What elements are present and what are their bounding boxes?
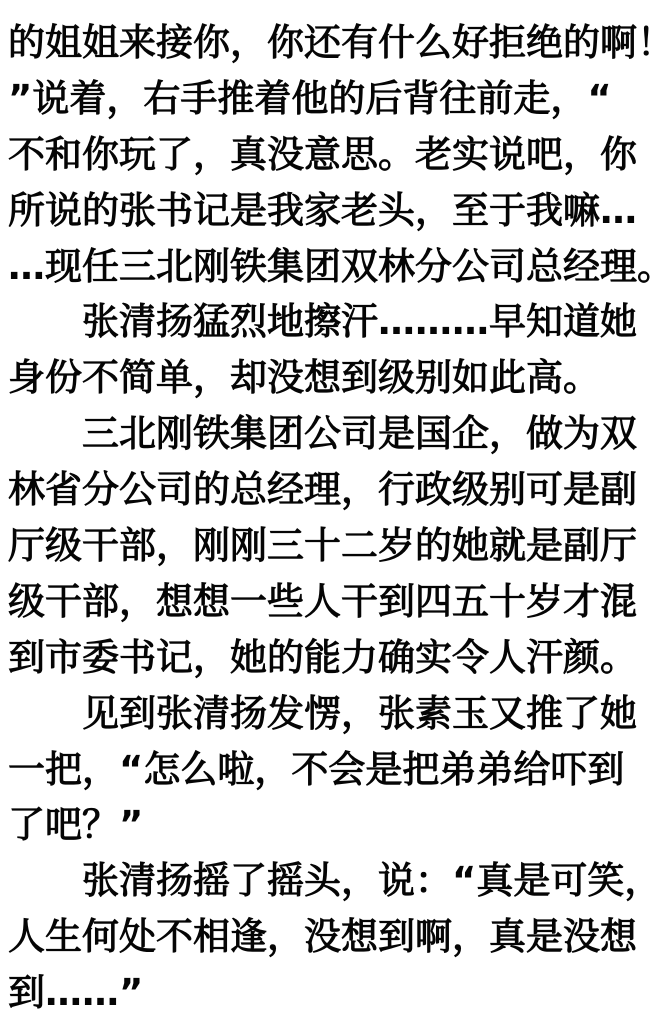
- text-line: 张清扬猛烈地擦汗………早知道她: [8, 294, 650, 350]
- page-text: 的姐姐来接你，你还有什么好拒绝的啊！”说着，右手推着他的后背往前走，“不和你玩了…: [8, 15, 650, 1018]
- text-line: …现任三北刚铁集团双林分公司总经理。: [8, 239, 650, 295]
- text-line: 人生何处不相逢，没想到啊，真是没想: [8, 909, 650, 965]
- text-line: 见到张清扬发愣，张素玉又推了她: [8, 686, 650, 742]
- text-line: 林省分公司的总经理，行政级别可是副: [8, 462, 650, 518]
- text-line: 厅级干部，刚刚三十二岁的她就是副厅: [8, 518, 650, 574]
- text-line: 不和你玩了，真没意思。老实说吧，你: [8, 127, 650, 183]
- text-line: ”说着，右手推着他的后背往前走，“: [8, 71, 650, 127]
- text-line: 三北刚铁集团公司是国企，做为双: [8, 406, 650, 462]
- text-line: 到市委书记，她的能力确实令人汗颜。: [8, 630, 650, 686]
- ebook-page: 的姐姐来接你，你还有什么好拒绝的啊！”说着，右手推着他的后背往前走，“不和你玩了…: [0, 0, 650, 1018]
- text-line: 的姐姐来接你，你还有什么好拒绝的啊！: [8, 15, 650, 71]
- text-line: 一把，“怎么啦，不会是把弟弟给吓到: [8, 742, 650, 798]
- text-line: 了吧？”: [8, 797, 650, 853]
- text-line: 级干部，想想一些人干到四五十岁才混: [8, 574, 650, 630]
- text-line: 到……”: [8, 965, 650, 1018]
- text-line: 身份不简单，却没想到级别如此高。: [8, 350, 650, 406]
- text-line: 张清扬摇了摇头，说：“真是可笑，: [8, 853, 650, 909]
- text-line: 所说的张书记是我家老头，至于我嘛…: [8, 183, 650, 239]
